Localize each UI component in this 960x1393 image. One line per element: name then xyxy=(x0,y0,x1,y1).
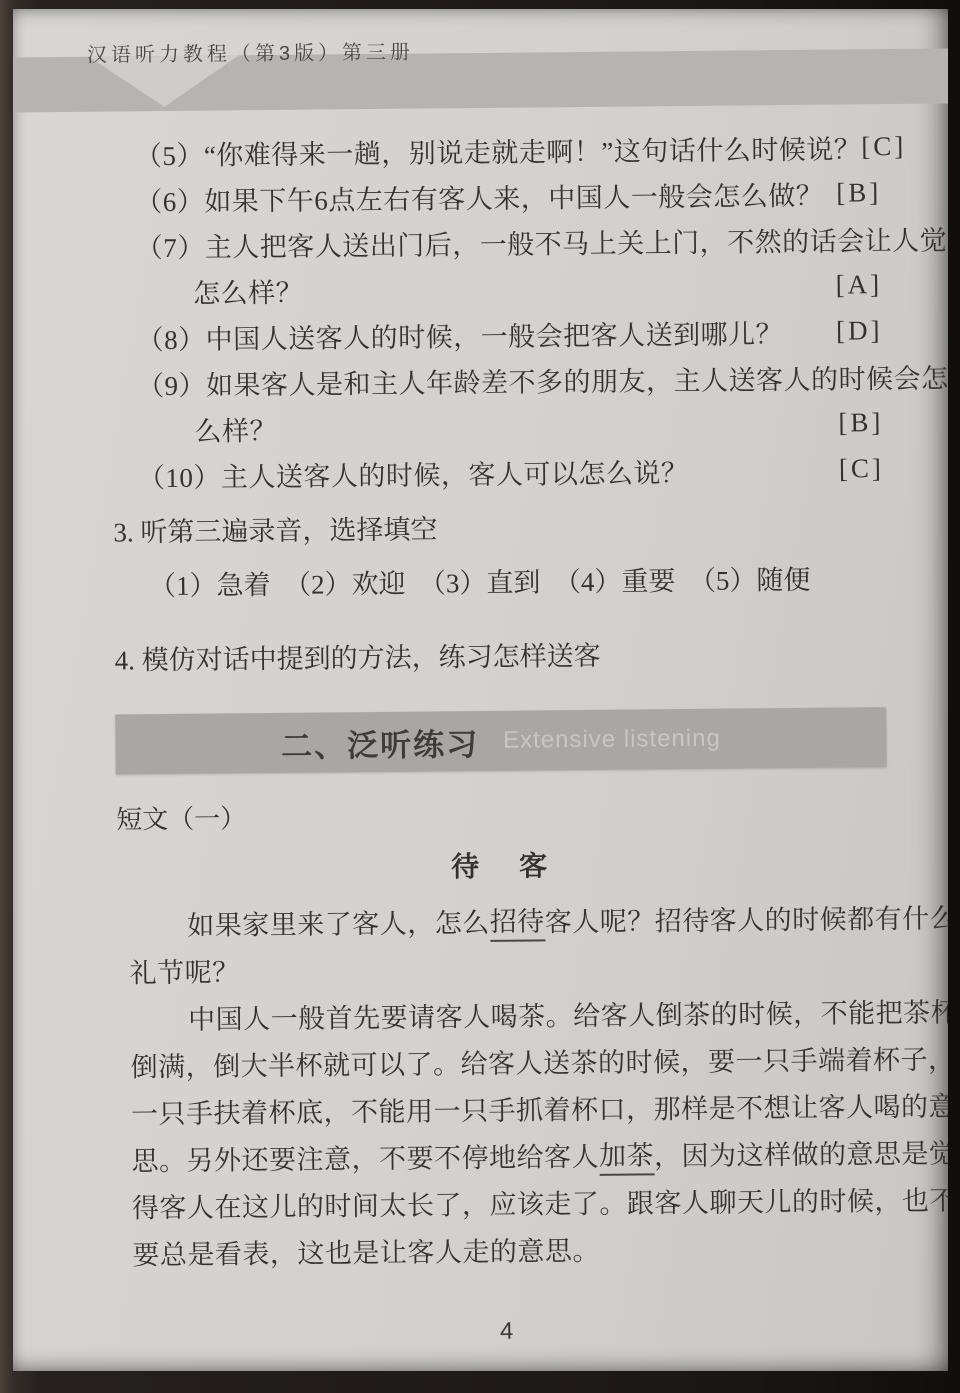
question-text: （6）如果下午6点左右有客人来，中国人一般会怎么做？ xyxy=(135,173,823,219)
paragraph-line: 倒满，倒大半杯就可以了。给客人送茶的时候，要一只手端着杯子， xyxy=(130,1034,889,1088)
question-9-line2: 么样？ [B] xyxy=(137,399,883,452)
section-3-options: （1）急着 （2）欢迎 （3）直到 （4）重要 （5）随便 xyxy=(149,559,885,600)
question-9-line1: （9）如果客人是和主人年龄差不多的朋友，主人送客人的时候会怎 xyxy=(137,353,883,406)
section-4-heading: 4. 模仿对话中提到的方法，练习怎样送客 xyxy=(115,633,886,674)
passage-body: 如果家里来了客人，怎么招待客人呢？招待客人的时候都有什么 礼节呢？ 中国人一般首… xyxy=(129,893,892,1276)
question-number: （10） xyxy=(138,462,221,493)
scanned-page: 汉语听力教程（第3版）第三册 （5）“你难得来一趟，别说走就走啊！”这句话什么时… xyxy=(13,9,948,1371)
underlined-word: 加茶 xyxy=(599,1133,654,1176)
question-number: （9） xyxy=(137,370,206,401)
question-7-line2: 怎么样？ [A] xyxy=(136,261,882,314)
paragraph-line: 中国人一般首先要请客人喝茶。给客人倒茶的时候，不能把茶杯 xyxy=(130,987,889,1041)
question-6: （6）如果下午6点左右有客人来，中国人一般会怎么做？ [B] xyxy=(135,169,881,222)
answer-badge: [C] xyxy=(861,130,906,161)
paragraph-line: 思。另外还要注意，不要不停地给客人加茶，因为这样做的意思是觉 xyxy=(131,1128,890,1182)
page-content: （5）“你难得来一趟，别说走就走啊！”这句话什么时候说？ [C] （6）如果下午… xyxy=(13,9,948,1351)
passage-title: 待 客 xyxy=(117,845,888,884)
answer-badge: [B] xyxy=(836,177,881,208)
answer-badge: [C] xyxy=(839,453,884,484)
page-tilt-wrapper: 汉语听力教程（第3版）第三册 （5）“你难得来一趟，别说走就走啊！”这句话什么时… xyxy=(13,9,948,1371)
banner-title-zh: 二、泛听练习 xyxy=(281,719,479,766)
underlined-word: 招待 xyxy=(490,899,545,942)
question-number: （5） xyxy=(135,140,204,171)
question-text: （5）“你难得来一趟，别说走就走啊！”这句话什么时候说？ xyxy=(135,127,862,173)
paragraph-line: 得客人在这儿的时间太长了，应该走了。跟客人聊天儿的时候，也不 xyxy=(132,1175,891,1229)
page-number: 4 xyxy=(121,1313,892,1350)
question-text: （10）主人送客人的时候，客人可以怎么说？ xyxy=(138,450,689,494)
question-8: （8）中国人送客人的时候，一般会把客人送到哪儿？ [D] xyxy=(136,307,882,360)
section-3-heading: 3. 听第三遍录音，选择填空 xyxy=(113,505,884,546)
answer-badge: [A] xyxy=(835,269,882,300)
answer-badge: [B] xyxy=(838,407,883,438)
question-text: （9）如果客人是和主人年龄差不多的朋友，主人送客人的时候会怎 xyxy=(137,356,948,403)
banner-title-en: Extensive listening xyxy=(503,725,721,755)
question-list: （5）“你难得来一趟，别说走就走啊！”这句话什么时候说？ [C] （6）如果下午… xyxy=(135,123,884,498)
question-text: 怎么样？ xyxy=(193,270,303,310)
question-10: （10）主人送客人的时候，客人可以怎么说？ [C] xyxy=(138,445,884,498)
paragraph-line: 一只手扶着杯底，不能用一只手抓着杯口，那样是不想让客人喝的意 xyxy=(131,1081,890,1135)
extensive-listening-banner: 二、泛听练习 Extensive listening xyxy=(115,707,887,774)
question-text: （8）中国人送客人的时候，一般会把客人送到哪儿？ xyxy=(136,312,783,357)
question-number: （7） xyxy=(136,232,205,263)
passage-label: 短文（一） xyxy=(116,795,887,832)
question-number: （6） xyxy=(135,186,204,217)
paragraph-line: 礼节呢？ xyxy=(129,940,888,994)
question-5: （5）“你难得来一趟，别说走就走啊！”这句话什么时候说？ [C] xyxy=(135,123,881,176)
question-text: 么样？ xyxy=(194,408,277,448)
question-number: （8） xyxy=(136,324,205,355)
paragraph-line: 要总是看表，这也是让客人走的意思。 xyxy=(132,1222,891,1276)
question-text: （7）主人把客人送出门后，一般不马上关上门，不然的话会让人觉得 xyxy=(136,218,948,265)
question-7-line1: （7）主人把客人送出门后，一般不马上关上门，不然的话会让人觉得 xyxy=(135,215,881,268)
paragraph-line: 如果家里来了客人，怎么招待客人呢？招待客人的时候都有什么 xyxy=(129,893,888,947)
answer-badge: [D] xyxy=(836,315,883,346)
